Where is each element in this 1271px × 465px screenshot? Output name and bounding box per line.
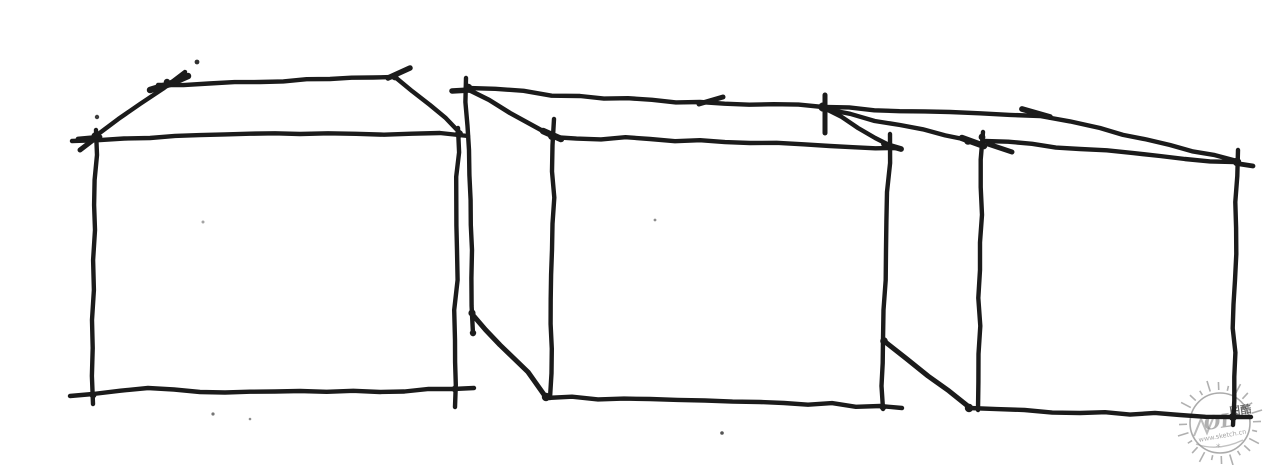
middle-box-topface-left-diagonal <box>467 89 552 136</box>
ink-corner-blob <box>818 102 827 111</box>
ink-corner-blob <box>548 132 556 140</box>
watermark-ray <box>1200 391 1203 395</box>
ink-corner-blob <box>464 84 473 93</box>
left-box-front-top-edge <box>72 133 468 141</box>
left-box-right-edge <box>454 128 459 407</box>
ink-corner-blob <box>1233 158 1241 166</box>
watermark-ray <box>1207 381 1210 392</box>
ink-corner-blob <box>542 393 550 401</box>
ink-corner-blob <box>468 309 475 316</box>
ink-speck <box>195 60 200 65</box>
watermark-ray <box>1238 451 1241 455</box>
ink-speck <box>95 115 99 119</box>
watermark-ray <box>1230 455 1233 465</box>
ink-corner-blob <box>1032 111 1038 117</box>
ink-corner-blob <box>90 392 97 399</box>
ink-blobs <box>90 74 1242 421</box>
ink-corner-blob <box>979 134 986 141</box>
ink-speck <box>720 431 724 435</box>
ink-corner-blob <box>470 330 476 336</box>
watermark-ray <box>1252 430 1257 431</box>
left-box-topface-right-diagonal <box>395 77 460 133</box>
middle-box-front-left-edge <box>550 119 554 398</box>
ink-corner-blob <box>964 137 972 145</box>
ink-corner-blob <box>452 386 459 393</box>
watermark-ray <box>1252 410 1263 413</box>
left-box-back-right-corner-tick <box>388 68 410 78</box>
ink-speck <box>202 221 205 224</box>
right-box-front-left-edge <box>978 132 983 410</box>
ink-corner-blob <box>455 130 463 138</box>
middle-box-bottom-edge <box>546 397 902 408</box>
ink-corner-blob <box>965 404 973 412</box>
ink-speck <box>211 412 214 415</box>
ink-corner-blob <box>880 337 888 345</box>
right-box-back-top-edge <box>824 107 1237 161</box>
watermark-ray <box>1190 395 1196 400</box>
sketch-canvas: OL 图酷 www.sketch.cn * <box>0 0 1271 465</box>
watermark-ray <box>1249 438 1259 443</box>
watermark-ray <box>1212 455 1213 460</box>
ink-speck <box>654 219 657 222</box>
left-box-topface-back-edge <box>158 77 395 85</box>
ink-corner-blob <box>880 404 887 411</box>
ink-corner-blob <box>392 74 399 81</box>
watermark-ray <box>1244 445 1250 450</box>
ink-corner-blob <box>91 132 98 139</box>
right-box-bottom-left-diagonal <box>884 341 969 407</box>
watermark-stamp: OL 图酷 www.sketch.cn * <box>1178 381 1262 465</box>
sketch-page: OL 图酷 www.sketch.cn * <box>0 0 1271 465</box>
ink-speck <box>249 418 252 421</box>
right-box-front-right-corner-overshoot <box>1240 164 1253 166</box>
watermark-ray <box>1192 447 1197 453</box>
middle-box-back-top-edge <box>467 88 823 107</box>
right-box-front-right-edge <box>1233 150 1238 425</box>
left-box-left-edge <box>92 130 97 404</box>
watermark-star: * <box>1216 443 1221 453</box>
ink-corner-blob <box>164 79 170 85</box>
middle-box-front-top-edge <box>552 137 898 148</box>
watermark-ray <box>1227 386 1228 391</box>
middle-box-front-right-edge <box>882 134 891 409</box>
left-box-bottom-edge <box>70 388 474 396</box>
right-box-front-left-corner-stub <box>988 144 1012 152</box>
middle-box-back-left-edge <box>465 78 473 334</box>
watermark-ray <box>1188 441 1192 444</box>
ink-corner-blob <box>1229 413 1237 421</box>
middle-box-topface-right-diagonal <box>824 108 893 147</box>
middle-box-bottom-left-diagonal <box>472 314 545 396</box>
watermark-ray <box>1178 433 1189 436</box>
watermark-ray <box>1242 393 1247 399</box>
ink-strokes <box>70 68 1253 425</box>
ink-specks <box>95 60 724 435</box>
watermark-ray <box>1181 402 1191 407</box>
watermark-ray <box>1199 452 1204 462</box>
